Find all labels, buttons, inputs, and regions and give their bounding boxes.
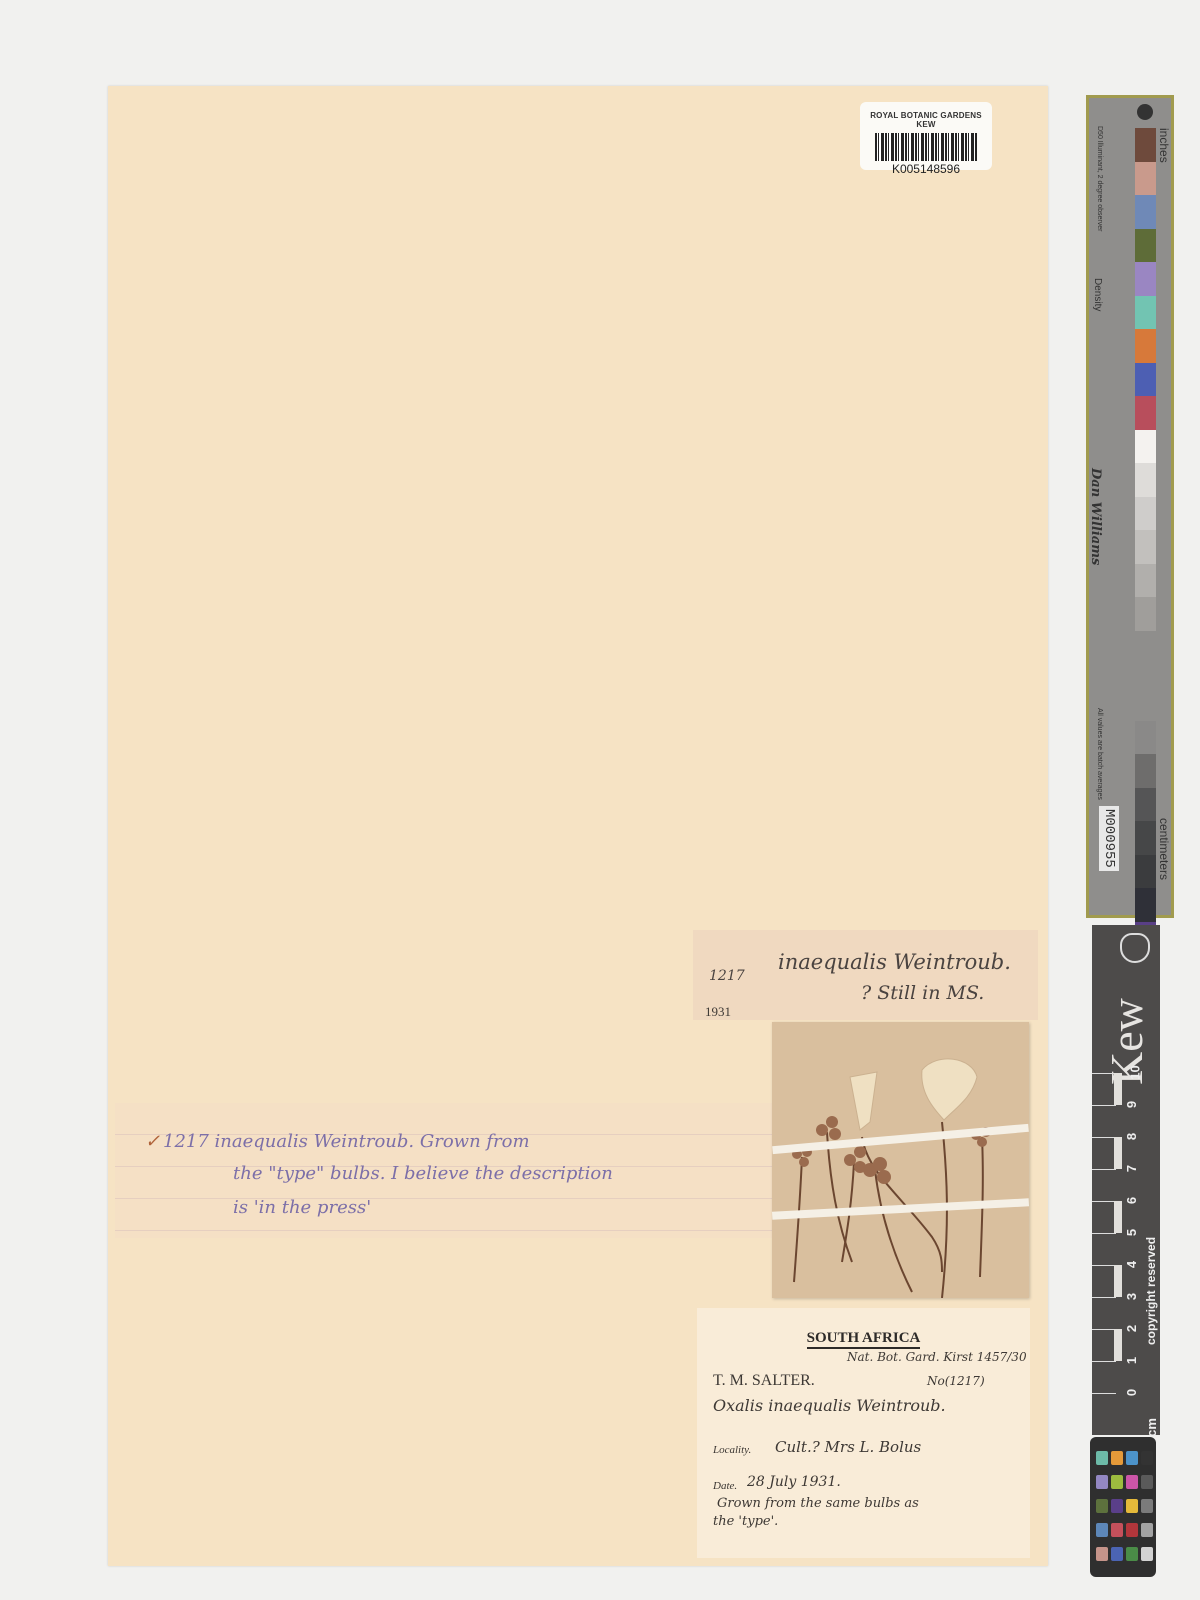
scale-tick [1092,1329,1116,1330]
color-patch [1096,1547,1108,1561]
note-line-3: is 'in the press' [233,1197,371,1218]
scale-tick [1092,1105,1116,1106]
scale-number: 6 [1124,1197,1139,1204]
annotation-slip-top: 1217 inaequalis Weintroub. ? Still in MS… [693,930,1038,1020]
ruler-brand: Dan Williams [1088,468,1103,565]
label-date: 28 July 1931. [747,1474,841,1490]
scale-number: 4 [1124,1261,1139,1268]
color-patch [1141,1475,1153,1489]
barcode-icon [875,133,977,161]
color-swatch [1135,128,1156,162]
kew-crest-icon [1120,933,1150,963]
note-line-1: 1217 inaequalis Weintroub. Grown from [163,1131,530,1152]
scale-tick [1092,1073,1116,1074]
color-swatch [1135,162,1156,196]
locality-label: Locality. [713,1444,751,1456]
scale-tick [1092,1169,1116,1170]
ruler-bottom-label: centimeters [1157,818,1171,880]
note-line-2: the "type" bulbs. I believe the descript… [233,1163,613,1184]
color-swatch [1135,296,1156,330]
check-mark-icon: ✓ [145,1131,160,1152]
color-patch [1096,1499,1108,1513]
color-patch [1141,1451,1153,1465]
scale-number: 2 [1124,1325,1139,1332]
label-note-line-2: the 'type'. [713,1514,778,1529]
color-swatch [1135,855,1156,889]
color-patch [1126,1451,1138,1465]
color-swatch [1135,754,1156,788]
color-patch [1111,1523,1123,1537]
scale-segment [1114,1137,1122,1169]
color-swatch [1135,463,1156,497]
color-patch [1141,1499,1153,1513]
note-line-2: ? Still in MS. [861,982,984,1004]
date-label: Date. [713,1480,737,1492]
scale-segment [1114,1329,1122,1361]
scale-tick [1092,1361,1116,1362]
scale-segment [1114,1265,1122,1297]
color-swatch [1135,396,1156,430]
cm-scale [1092,1073,1122,1423]
color-swatch [1135,597,1156,631]
color-swatch [1135,229,1156,263]
label-collector: T. M. SALTER. [713,1372,815,1390]
scale-number: 5 [1124,1229,1139,1236]
color-patch [1141,1523,1153,1537]
illuminant-note: D50 Illuminant, 2 degree observer [1096,126,1103,231]
label-collector-number: No(1217) [927,1374,985,1388]
scale-segment [1114,1201,1122,1233]
ruler-top-label: inches [1157,128,1171,163]
color-swatch [1135,363,1156,397]
color-patch [1111,1547,1123,1561]
ruler-code: M000955 [1099,806,1119,871]
scale-tick [1092,1137,1116,1138]
color-patch [1126,1499,1138,1513]
color-patch [1141,1547,1153,1561]
color-patch [1111,1499,1123,1513]
color-patch [1096,1475,1108,1489]
scale-number: 0 [1124,1389,1139,1396]
institution-name: ROYAL BOTANIC GARDENS KEW [860,111,992,129]
values-note: All values are batch averages [1096,708,1103,800]
specimen-label: SOUTH AFRICA Nat. Bot. Gard. Kirst 1457/… [697,1308,1030,1558]
label-locality: Cult.? Mrs L. Bolus [775,1438,921,1456]
color-patch [1126,1523,1138,1537]
color-swatch [1135,497,1156,531]
mounted-specimen [772,1022,1029,1298]
color-patch [1111,1451,1123,1465]
color-patch [1096,1451,1108,1465]
color-swatch [1135,721,1156,755]
color-swatch [1135,530,1156,564]
label-herbarium: Nat. Bot. Gard. Kirst 1457/30 [847,1350,1027,1364]
color-swatch [1135,329,1156,363]
note-line-1: inaequalis Weintroub. [778,950,1011,974]
color-patch [1126,1547,1138,1561]
scale-segment [1114,1073,1122,1105]
barcode-label: ROYAL BOTANIC GARDENS KEW K005148596 [860,102,992,170]
scale-number: 10 [1128,1065,1143,1079]
label-country: SOUTH AFRICA [697,1330,1030,1347]
scale-tick [1092,1297,1116,1298]
ruler-hole-icon [1137,104,1153,120]
annotation-slip-lined: ✓ 1217 inaequalis Weintroub. Grown from … [115,1103,775,1238]
color-swatch [1135,195,1156,229]
scale-tick [1092,1393,1116,1394]
scale-number: 3 [1124,1293,1139,1300]
barcode-number: K005148596 [860,162,992,176]
copyright-text: copyright reserved [1144,1237,1158,1345]
scale-tick [1092,1233,1116,1234]
color-swatch [1135,821,1156,855]
kew-scale-bar: Kew copyright reserved 109876543210cm [1092,925,1160,1435]
color-swatch [1135,564,1156,598]
scale-number: 8 [1124,1133,1139,1140]
color-swatch [1135,262,1156,296]
scale-number: 7 [1124,1165,1139,1172]
scale-tick [1092,1201,1116,1202]
label-note-line-1: Grown from the same bulbs as [717,1496,919,1511]
color-patch [1096,1523,1108,1537]
scale-tick [1092,1265,1116,1266]
color-patch [1126,1475,1138,1489]
color-patch [1111,1475,1123,1489]
color-checker-chart [1090,1437,1156,1577]
color-swatch [1135,888,1156,922]
scale-number: 1 [1124,1357,1139,1364]
density-label: Density [1092,278,1103,311]
oxalis-plant-icon [772,1022,1029,1298]
color-swatch [1135,430,1156,464]
scale-number: 9 [1124,1101,1139,1108]
label-taxon: Oxalis inaequalis Weintroub. [713,1396,946,1415]
color-calibration-ruler: inches centimeters D50 Illuminant, 2 deg… [1086,95,1174,918]
kew-logo: Kew [1100,998,1153,1085]
note-number: 1217 [709,968,745,984]
note-year: 1931 [705,1004,731,1020]
color-swatch [1135,788,1156,822]
scale-unit: cm [1144,1418,1159,1437]
